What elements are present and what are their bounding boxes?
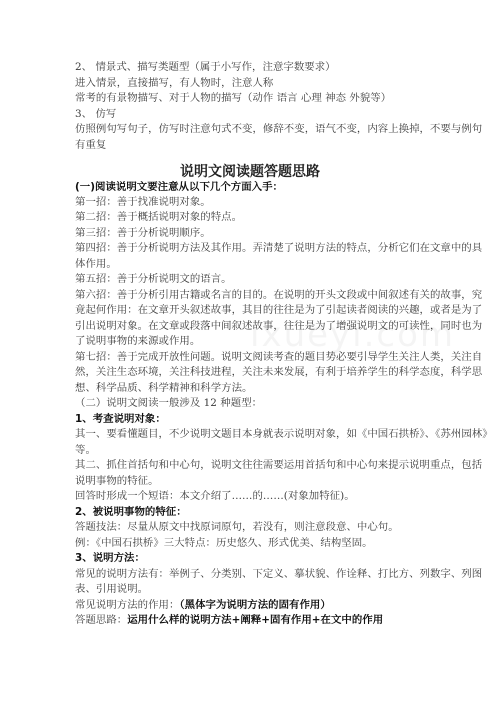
text-line: 第五招：善于分析说明文的语言。 <box>75 272 232 286</box>
text-line: 说明事物的特征。 <box>75 474 159 488</box>
text-line: 常见说明方法的作用：（黑体字为说明方法的固有作用） <box>75 598 331 612</box>
text-line: 第六招：善于分析引用古籍或名言的目的。在说明的开头文段或中间叙述有关的故事，究 <box>75 288 482 302</box>
section-heading: 3、说明方法： <box>75 551 145 565</box>
text-line: 第四招：善于分析说明方法及其作用。弄清楚了说明方法的特点，分析它们在文章中的具 <box>75 241 482 255</box>
text-line: 常考的有景物描写、对于人物的描写（动作 语言 心理 神态 外貌等） <box>75 91 391 105</box>
text-line: 第三招：善于分析说明顺序。 <box>75 226 211 240</box>
section-heading: 2、被说明事物的特征： <box>75 505 187 519</box>
text-line: 答题技法：尽量从原文中找原词原句，若没有，则注意段意、中心句。 <box>75 520 399 534</box>
label: 常见说明方法的作用： <box>75 599 179 611</box>
text-line: 了说明事物的来源或作用。 <box>75 334 200 348</box>
text-line: 有重复 <box>75 138 106 152</box>
text-line: 体作用。 <box>75 257 117 271</box>
text-line: 例：《中国石拱桥》三大特点：历史悠久、形式优美、结构坚固。 <box>75 536 373 550</box>
document-page: ixueyi.com 2、 情景式、描写类题型（属于小写作，注意字数要求） 进入… <box>0 0 500 708</box>
text-line: 答题思路：运用什么样的说明方法+阐释+固有作用+在文中的作用 <box>75 613 383 627</box>
text-line: 3、 仿写 <box>75 107 116 121</box>
emphasis: 运用什么样的说明方法+阐释+固有作用+在文中的作用 <box>127 614 383 626</box>
text-line: 竟起何作用：在文章开头叙述故事，其目的往往是为了引起读者阅读的兴趣，或者是为了 <box>75 303 482 317</box>
text-line: 表、引用说明。 <box>75 582 148 596</box>
text-line: 第一招：善于找准说明对象。 <box>75 195 211 209</box>
text-line: 然，关注生态环境，关注科技进程，关注未来发展，有利于培养学生的科学态度，科学思 <box>75 365 482 379</box>
text-line: 回答时形成一个短语：本文介绍了……的……(对象加特征)。 <box>75 489 355 503</box>
text-line: 第七招：善于完成开放性问题。说明文阅读考查的题目势必要引导学生关注人类，关注自 <box>75 350 482 364</box>
text-line: （二）说明文阅读一般涉及 12 种题型： <box>75 396 262 410</box>
text-line: 进入情景，直接描写，有人物时，注意人称 <box>75 76 273 90</box>
emphasis: （黑体字为说明方法的固有作用） <box>179 599 330 611</box>
section-heading: 1、考查说明对象： <box>75 412 166 426</box>
page-title: 说明文阅读题答题思路 <box>0 161 500 181</box>
section-heading: (一)阅读说明文要注意从以下几个方面入手： <box>75 180 283 194</box>
text-line: 2、 情景式、描写类题型（属于小写作，注意字数要求） <box>75 60 336 74</box>
text-line: 仿照例句写句子，仿写时注意句式不变，修辞不变，语气不变，内容上换掉，不要与例句 <box>75 122 482 136</box>
label: 答题思路： <box>75 614 127 626</box>
text-line: 引出说明对象。在文章或段落中间叙述故事，往往是为了增强说明文的可读性，同时也为 <box>75 319 482 333</box>
text-line: 第二招：善于概括说明对象的特点。 <box>75 210 242 224</box>
text-line: 想、科学品质、科学精神和科学方法。 <box>75 381 253 395</box>
text-line: 等。 <box>75 443 96 457</box>
text-line: 其二、抓住首括句和中心句，说明文往往需要运用首括句和中心句来提示说明重点，包括 <box>75 458 482 472</box>
text-line: 常见的说明方法有：举例子、分类别、下定义、摹状貌、作诠释、打比方、列数字、列图 <box>75 567 482 581</box>
text-line: 其一、要看懂题目，不少说明文题目本身就表示说明对象，如《中国石拱桥》、《苏州园林… <box>75 427 493 441</box>
